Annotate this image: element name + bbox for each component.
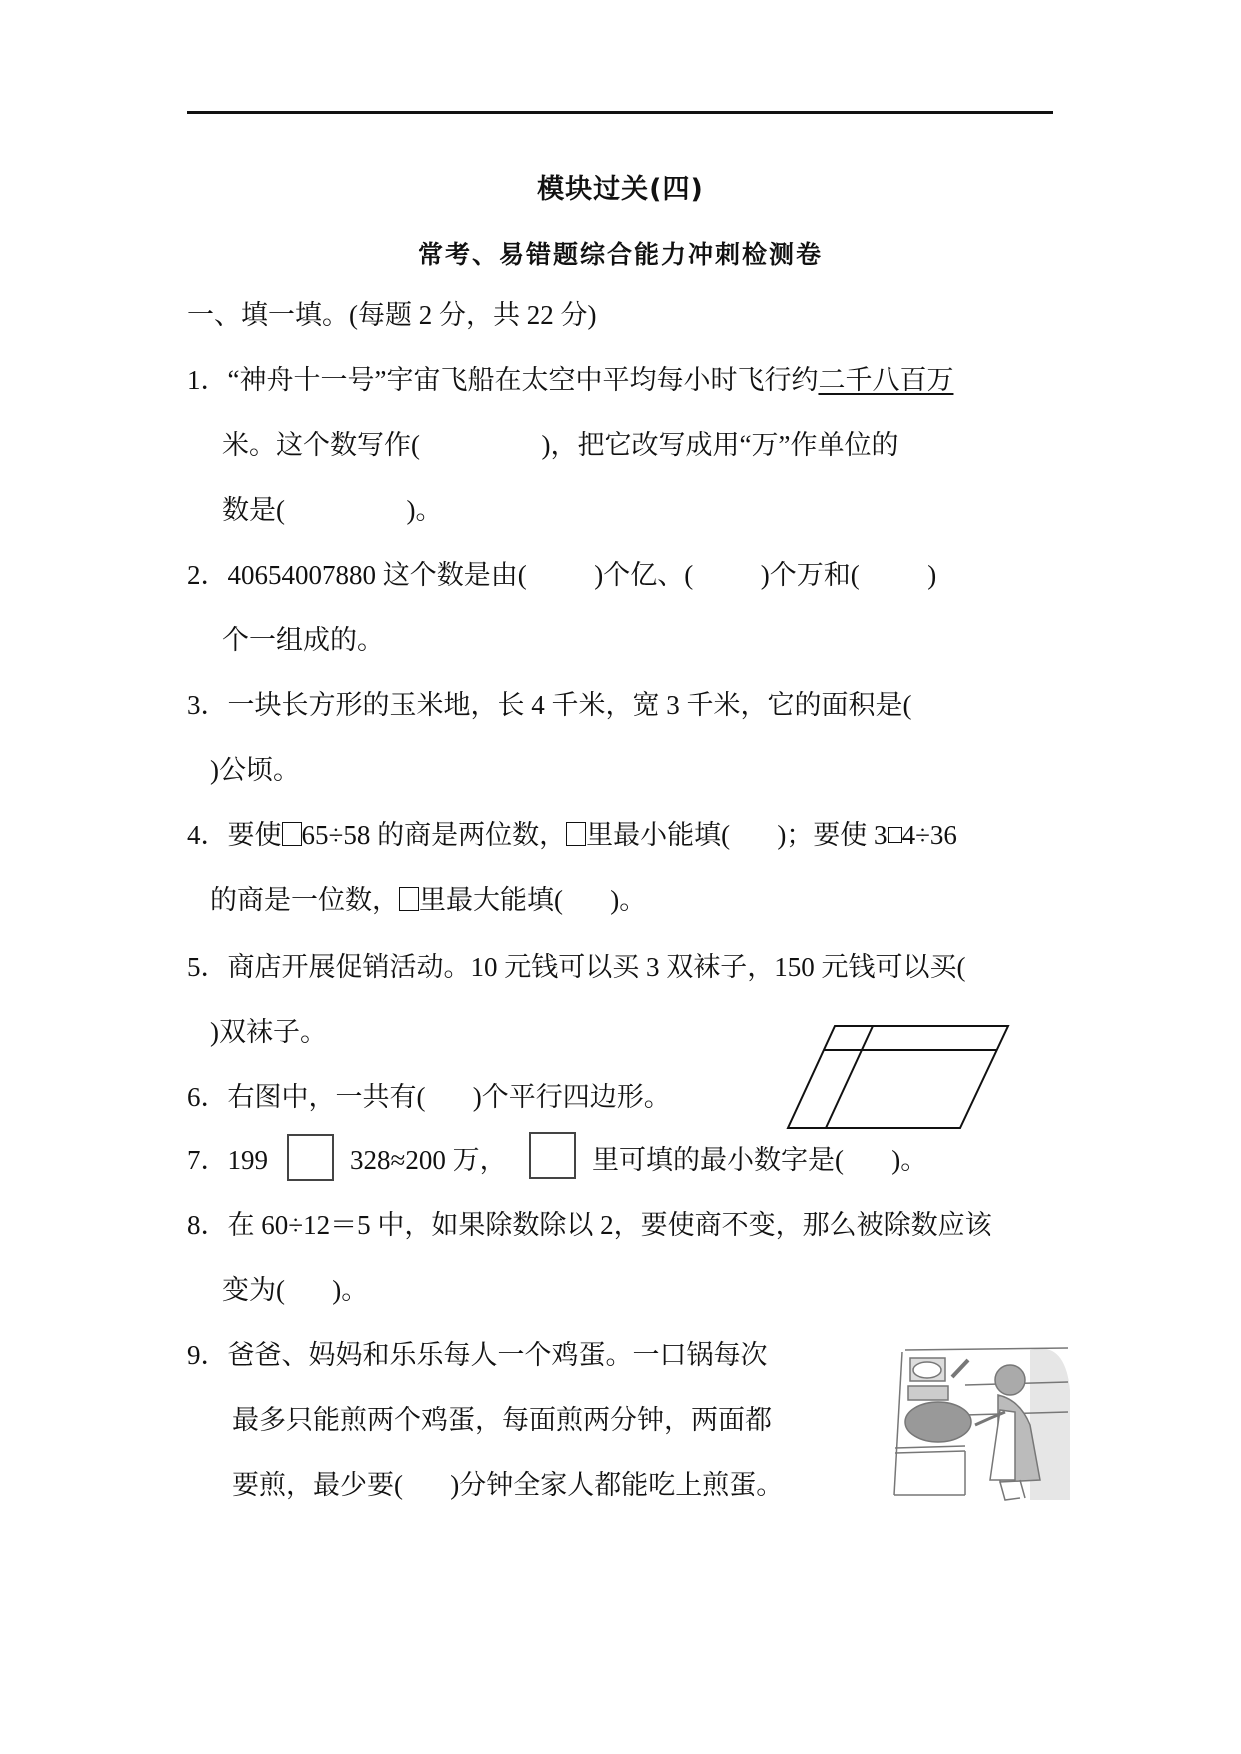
page-subtitle: 常考、易错题综合能力冲刺检测卷 — [0, 235, 1241, 271]
page-title: 模块过关(四) — [0, 167, 1241, 206]
q4-text-b: 65÷58 的商是两位数， — [302, 820, 567, 850]
question-7-text-a: 7．199 — [187, 1142, 268, 1178]
blank-square-icon — [282, 822, 302, 846]
q4-text-e: 的商是一位数， — [210, 885, 399, 915]
section-heading: 一、填一填。(每题 2 分，共 22 分) — [187, 297, 596, 333]
question-7-text-c: 里可填的最小数字是( )。 — [592, 1142, 927, 1178]
question-8-line-1: 8．在 60÷12＝5 中，如果除数除以 2，要使商不变，那么被除数应该 — [187, 1207, 992, 1243]
question-4-line-1: 4．要使65÷58 的商是两位数，里最小能填( )；要使 34÷36 — [187, 817, 957, 853]
q1-text: 1．“神舟十一号”宇宙飞船在太空中平均每小时飞行约 — [187, 365, 818, 395]
header-rule — [187, 111, 1053, 114]
question-5-line-2: )双袜子。 — [210, 1014, 327, 1050]
q4-text-d: 4÷36 — [902, 820, 957, 850]
q4-text-f: 里最大能填( )。 — [419, 885, 646, 915]
question-2-line-1: 2．40654007880 这个数是由( )个亿、( )个万和( ) — [187, 557, 936, 593]
question-3-line-1: 3．一块长方形的玉米地，长 4 千米，宽 3 千米，它的面积是( — [187, 687, 912, 723]
question-9-line-3: 要煎，最少要( )分钟全家人都能吃上煎蛋。 — [232, 1467, 783, 1503]
question-5-line-1: 5．商店开展促销活动。10 元钱可以买 3 双袜子，150 元钱可以买( — [187, 949, 966, 985]
question-8-line-2: 变为( )。 — [222, 1272, 368, 1308]
question-9-line-1: 9．爸爸、妈妈和乐乐每人一个鸡蛋。一口锅每次 — [187, 1337, 768, 1373]
question-4-line-2: 的商是一位数，里最大能填( )。 — [210, 882, 646, 918]
question-1-line-2: 米。这个数写作( )，把它改写成用“万”作单位的 — [222, 427, 898, 463]
q1-underlined-number: 二千八百万 — [818, 365, 953, 395]
question-2-line-2: 个一组成的。 — [222, 622, 384, 658]
question-1-line-1: 1．“神舟十一号”宇宙飞船在太空中平均每小时飞行约二千八百万 — [187, 362, 953, 398]
blank-square-icon — [888, 827, 902, 843]
parallelogram-figure — [780, 1015, 1020, 1140]
question-1-line-3: 数是( )。 — [222, 492, 442, 528]
answer-box-2[interactable] — [529, 1132, 576, 1179]
question-3-line-2: )公顷。 — [210, 752, 300, 788]
q4-text-a: 4．要使 — [187, 820, 282, 850]
question-6-line-1: 6．右图中，一共有( )个平行四边形。 — [187, 1079, 671, 1115]
q4-text-c: 里最小能填( )；要使 3 — [586, 820, 887, 850]
cooking-illustration — [880, 1330, 1070, 1505]
question-7-text-b: 328≈200 万， — [350, 1142, 507, 1178]
blank-square-icon — [566, 822, 586, 846]
blank-square-icon — [399, 887, 419, 911]
question-9-line-2: 最多只能煎两个鸡蛋，每面煎两分钟，两面都 — [232, 1402, 772, 1438]
answer-box-1[interactable] — [287, 1134, 334, 1181]
